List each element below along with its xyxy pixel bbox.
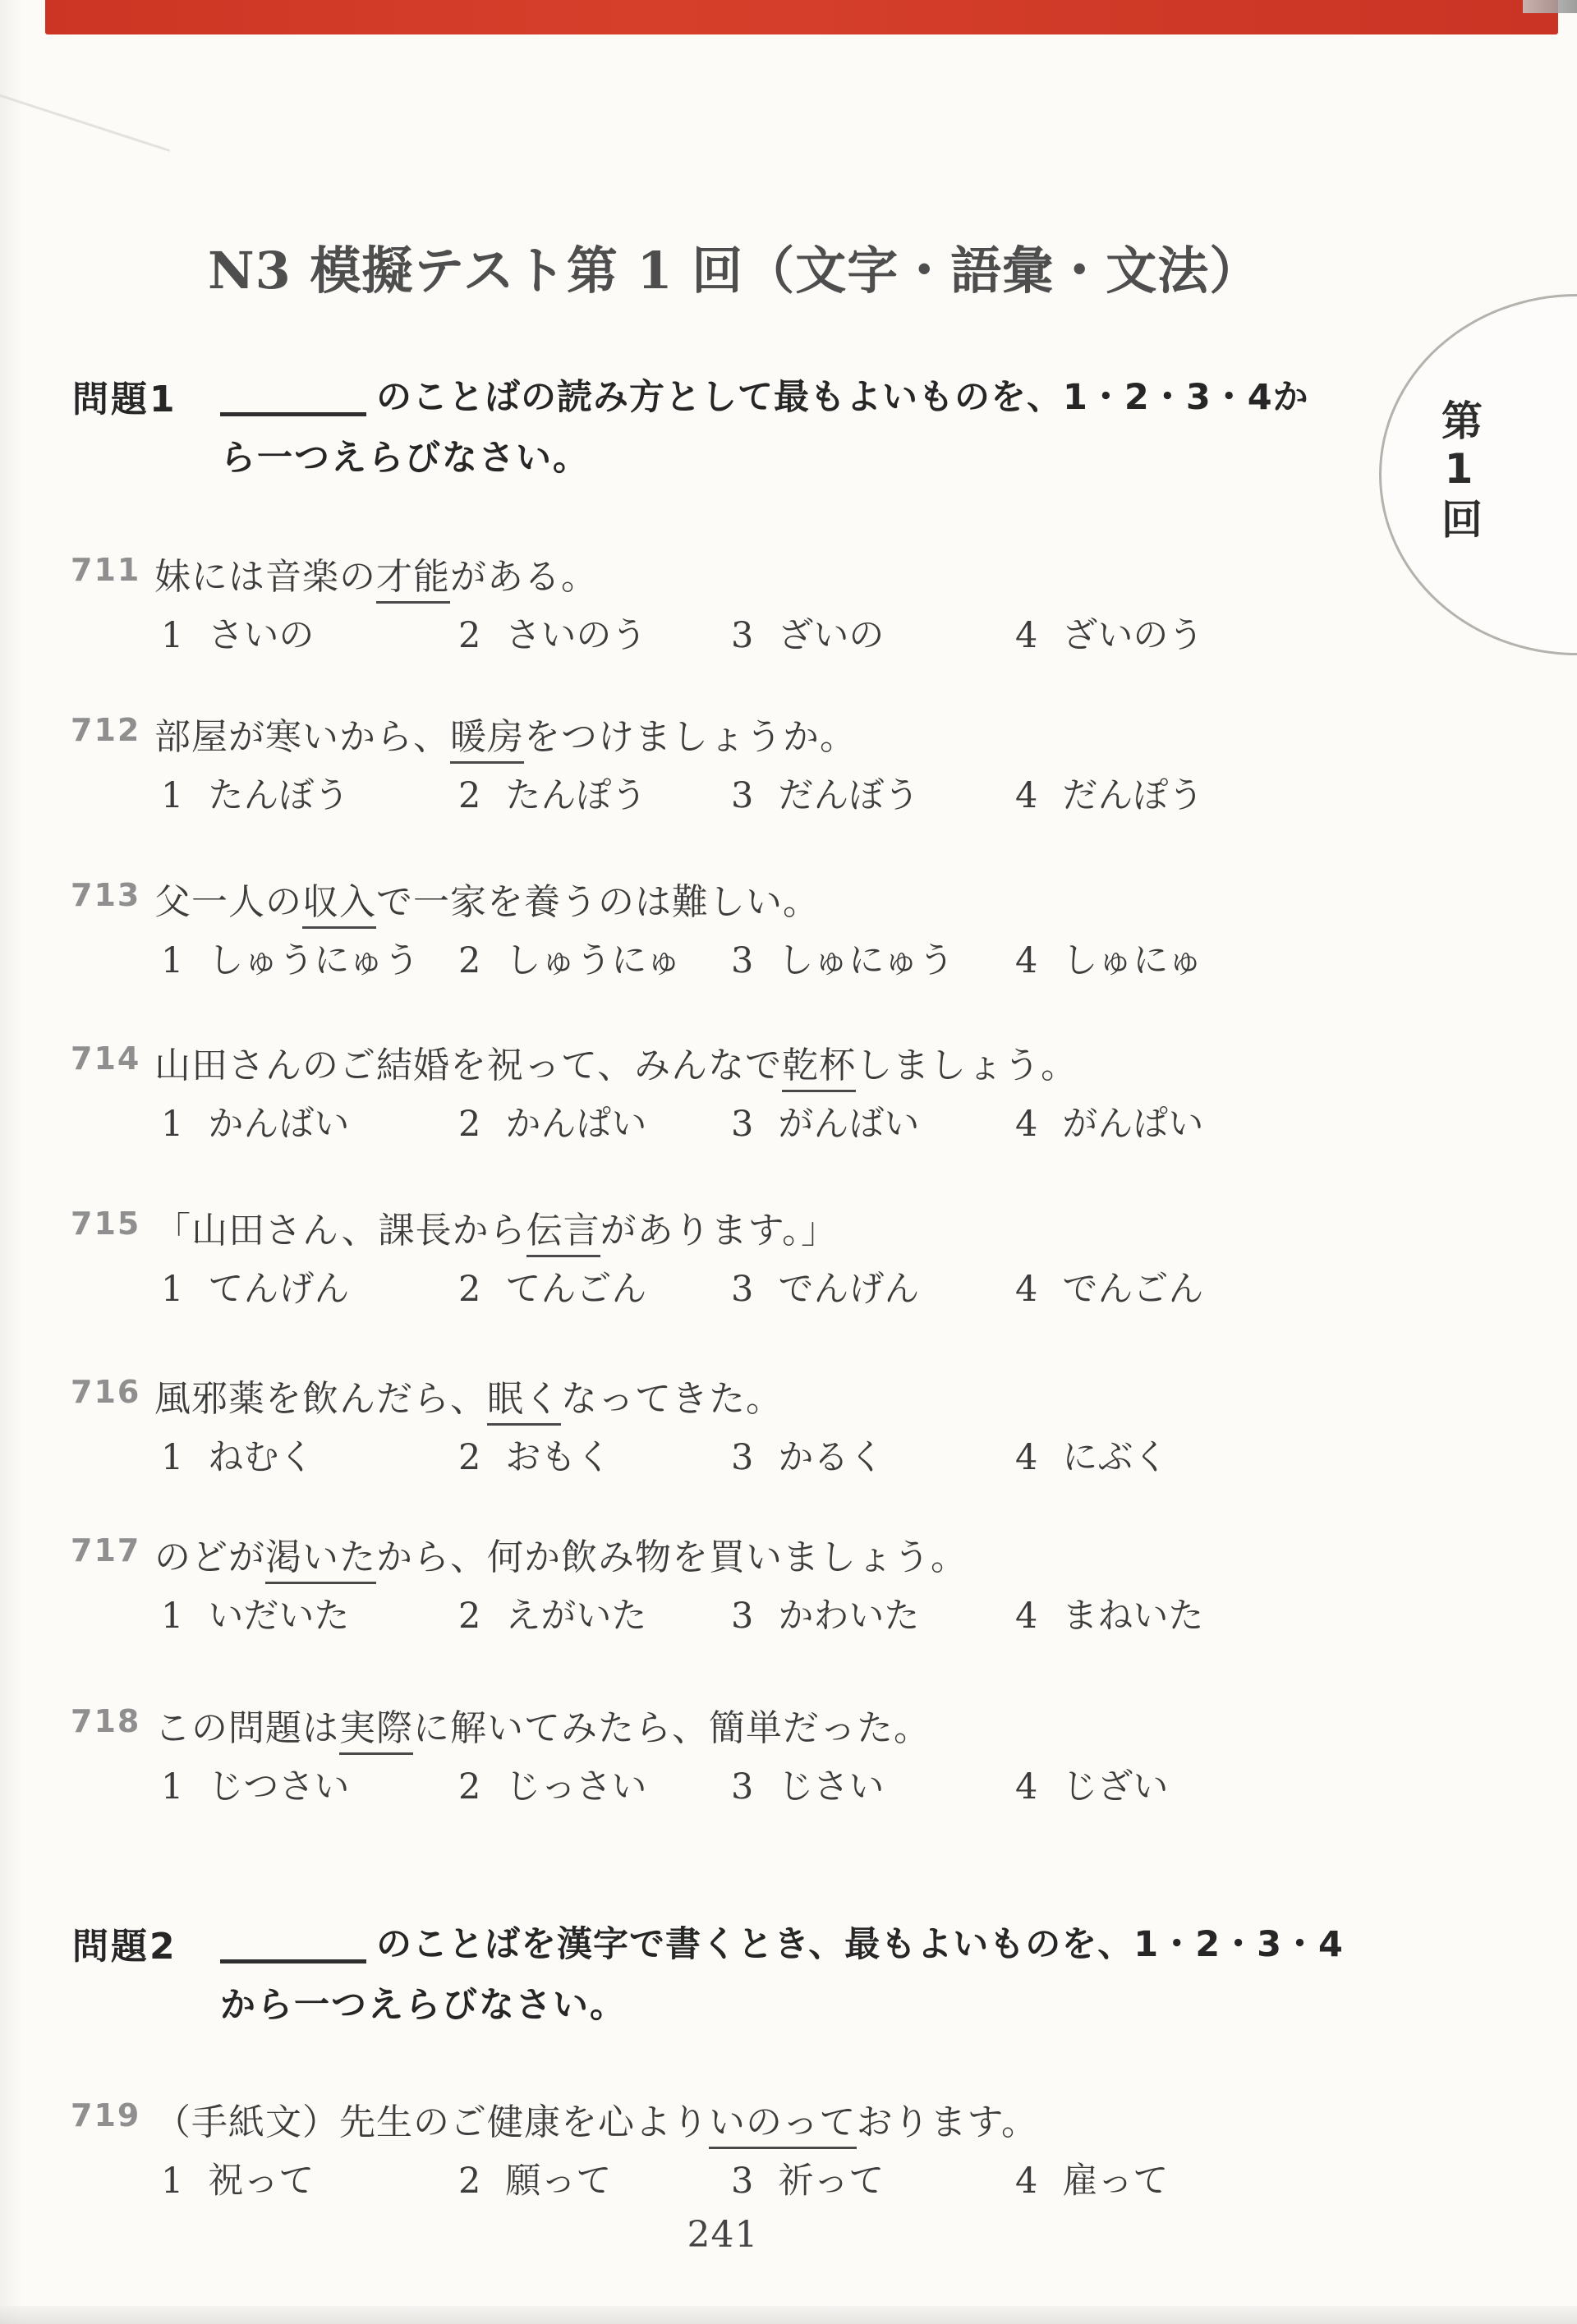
option-text: ざいのう: [1062, 615, 1203, 656]
option-text: かんぱい: [505, 1104, 646, 1145]
answer-option: 2てんごん: [458, 1261, 731, 1311]
option-text: てんげん: [208, 1269, 349, 1310]
question-sentence: のどが渇いたから、何か飲み物を買いましょう。: [154, 1527, 968, 1580]
answer-option: 3かわいた: [731, 1588, 1015, 1638]
option-number: 1: [161, 1596, 183, 1637]
option-number: 1: [161, 1766, 183, 1807]
option-text: 祈って: [778, 2161, 884, 2202]
option-text: かんばい: [208, 1104, 349, 1145]
question: 712 部屋が寒いから、暖房をつけましょうか。 1たんぼう 2たんぽう 3だんぼ…: [0, 707, 1577, 830]
answer-options: 1さいの 2さいのう 3ざいの 4ざいのう: [161, 608, 1203, 658]
question-sentence: 山田さんのご結婚を祝って、みんなで乾杯しましょう。: [154, 1036, 1078, 1088]
option-number: 2: [458, 1104, 480, 1145]
question-sentence: この問題は実際に解いてみたら、簡単だった。: [154, 1698, 931, 1751]
answer-option: 4でんごん: [1015, 1261, 1203, 1311]
question-sentence: 風邪薬を飲んだら、眠くなってきた。: [154, 1369, 783, 1421]
option-text: てんごん: [505, 1269, 646, 1310]
question-sentence: 部屋が寒いから、暖房をつけましょうか。: [154, 707, 857, 760]
option-text: がんばい: [778, 1104, 919, 1145]
section-header: 問題1 のことばの読み方として最もよいものを、1・2・3・4か ら一つえらびなさ…: [0, 370, 1577, 501]
sentence-underlined-word: いのって: [709, 2101, 857, 2149]
answer-option: 2しゅうにゅ: [458, 933, 731, 983]
option-text: にぶく: [1062, 1437, 1168, 1478]
answer-option: 3かるく: [731, 1430, 1015, 1480]
option-text: しゅうにゅ: [505, 940, 681, 981]
option-number: 3: [731, 1437, 753, 1478]
option-text: だんぽう: [1062, 775, 1203, 816]
option-number: 3: [731, 940, 753, 981]
answer-option: 1てんげん: [161, 1261, 458, 1311]
option-number: 2: [458, 1766, 480, 1807]
question-sentence: （手紙文）先生のご健康を心よりいのっております。: [154, 2092, 1038, 2145]
answer-option: 4しゅにゅ: [1015, 933, 1203, 983]
sentence-underlined-word: 実際: [339, 1707, 413, 1755]
section-instruction-line2: から一つえらびなさい。: [220, 1977, 627, 2028]
sentence-post: から、何か飲み物を買いましょう。: [376, 1536, 968, 1578]
sentence-pre: 山田さんのご結婚を祝って、みんなで: [154, 1045, 782, 1086]
question: 719 （手紙文）先生のご健康を心よりいのっております。 1祝って 2願って 3…: [0, 2092, 1577, 2216]
option-number: 1: [161, 615, 183, 656]
question-number: 714: [71, 1040, 140, 1077]
answer-option: 1さいの: [161, 608, 458, 658]
sentence-post: がある。: [450, 556, 598, 598]
answer-option: 1祝って: [161, 2153, 458, 2203]
answer-option: 3祈って: [731, 2153, 1015, 2203]
answer-option: 4雇って: [1015, 2153, 1168, 2203]
option-number: 3: [731, 2161, 753, 2202]
option-text: 願って: [505, 2161, 611, 2202]
question: 714 山田さんのご結婚を祝って、みんなで乾杯しましょう。 1かんばい 2かんぱ…: [0, 1036, 1577, 1159]
option-number: 2: [458, 1596, 480, 1637]
option-number: 1: [161, 775, 183, 816]
sentence-pre: 部屋が寒いから、: [154, 716, 450, 758]
option-text: 祝って: [208, 2161, 314, 2202]
option-number: 2: [458, 2161, 480, 2202]
answer-options: 1かんばい 2かんぱい 3がんばい 4がんぱい: [161, 1096, 1203, 1146]
answer-option: 1いだいた: [161, 1588, 458, 1638]
answer-option: 4じざい: [1015, 1759, 1168, 1809]
answer-options: 1祝って 2願って 3祈って 4雇って: [161, 2153, 1168, 2203]
answer-option: 4にぶく: [1015, 1430, 1168, 1480]
option-text: でんげん: [778, 1269, 919, 1310]
option-number: 2: [458, 940, 480, 981]
answer-option: 3がんばい: [731, 1096, 1015, 1146]
option-text: じつさい: [208, 1766, 349, 1807]
option-text: ねむく: [208, 1437, 314, 1478]
sentence-pre: この問題は: [154, 1707, 339, 1749]
sentence-pre: （手紙文）先生のご健康を心より: [154, 2101, 709, 2143]
section-instruction-line1: のことばの読み方として最もよいものを、1・2・3・4か: [376, 370, 1309, 420]
option-number: 2: [458, 775, 480, 816]
question-number: 711: [71, 552, 140, 588]
answer-option: 3ざいの: [731, 608, 1015, 658]
option-number: 3: [731, 1766, 753, 1807]
sentence-pre: のどが: [154, 1536, 265, 1578]
sentence-pre: 妹には音楽の: [154, 556, 376, 598]
question-number: 717: [71, 1532, 140, 1568]
option-text: えがいた: [505, 1596, 646, 1637]
question-number: 716: [71, 1374, 140, 1410]
option-number: 3: [731, 1596, 753, 1637]
question-sentence: 妹には音楽の才能がある。: [154, 547, 598, 599]
option-text: しゅにゅ: [1062, 940, 1202, 981]
sentence-post: に解いてみたら、簡単だった。: [413, 1707, 931, 1749]
answer-options: 1てんげん 2てんごん 3でんげん 4でんごん: [161, 1261, 1203, 1311]
option-text: だんぼう: [778, 775, 919, 816]
sentence-post: があります。」: [600, 1210, 838, 1252]
answer-option: 3だんぼう: [731, 768, 1015, 818]
question: 713 父一人の収入で一家を養うのは難しい。 1しゅうにゅう 2しゅうにゅ 3し…: [0, 872, 1577, 995]
sentence-underlined-word: 乾杯: [782, 1045, 856, 1092]
option-number: 1: [161, 940, 183, 981]
section-label: 問題1: [72, 370, 177, 422]
answer-option: 2おもく: [458, 1430, 731, 1480]
option-text: がんぱい: [1062, 1104, 1203, 1145]
question: 711 妹には音楽の才能がある。 1さいの 2さいのう 3ざいの 4ざいのう: [0, 547, 1577, 670]
sentence-pre: 「山田さん、課長から: [154, 1210, 526, 1252]
scan-bottom-band: [0, 2306, 1577, 2324]
option-number: 3: [731, 615, 753, 656]
section-label: 問題2: [72, 1917, 177, 1969]
blank-underline: [220, 373, 366, 416]
option-text: じざい: [1062, 1766, 1168, 1807]
answer-option: 2さいのう: [458, 608, 731, 658]
blank-underline: [220, 1920, 366, 1963]
answer-option: 1かんばい: [161, 1096, 458, 1146]
answer-options: 1たんぼう 2たんぽう 3だんぼう 4だんぽう: [161, 768, 1203, 818]
answer-options: 1じつさい 2じっさい 3じさい 4じざい: [161, 1759, 1168, 1809]
sentence-post: しましょう。: [856, 1045, 1078, 1086]
question-sentence: 「山田さん、課長から伝言があります。」: [154, 1201, 838, 1253]
option-number: 1: [161, 1104, 183, 1145]
scan-corner-smudge: [1523, 0, 1577, 13]
option-number: 4: [1015, 1104, 1037, 1145]
option-number: 4: [1015, 940, 1037, 981]
sentence-underlined-word: 才能: [376, 556, 450, 604]
option-text: かわいた: [778, 1596, 919, 1637]
answer-option: 3でんげん: [731, 1261, 1015, 1311]
scan-edge-red-bar: [45, 0, 1558, 34]
option-number: 4: [1015, 615, 1037, 656]
option-number: 3: [731, 1104, 753, 1145]
section-instruction-line2: ら一つえらびなさい。: [220, 430, 590, 480]
option-text: じさい: [778, 1766, 884, 1807]
section-instruction-line1: のことばを漢字で書くとき、最もよいものを、1・2・3・4: [376, 1917, 1344, 1967]
option-text: たんぽう: [505, 775, 646, 816]
sentence-underlined-word: 暖房: [450, 716, 524, 764]
answer-option: 2たんぽう: [458, 768, 731, 818]
section-header: 問題2 のことばを漢字で書くとき、最もよいものを、1・2・3・4 から一つえらび…: [0, 1917, 1577, 2048]
option-number: 4: [1015, 1269, 1037, 1310]
option-text: 雇って: [1062, 2161, 1168, 2202]
option-text: おもく: [505, 1437, 611, 1478]
page-title: N3 模擬テスト第 1 回（文字・語彙・文法）: [208, 230, 1261, 303]
option-number: 2: [458, 1269, 480, 1310]
sentence-underlined-word: 渇いた: [265, 1536, 376, 1584]
option-text: かるく: [778, 1437, 884, 1478]
question-sentence: 父一人の収入で一家を養うのは難しい。: [154, 872, 820, 925]
question: 717 のどが渇いたから、何か飲み物を買いましょう。 1いだいた 2えがいた 3…: [0, 1527, 1577, 1651]
option-text: でんごん: [1062, 1269, 1203, 1310]
question-number: 712: [71, 712, 140, 748]
answer-option: 2じっさい: [458, 1759, 731, 1809]
option-number: 1: [161, 1437, 183, 1478]
option-text: じっさい: [505, 1766, 646, 1807]
question-number: 718: [71, 1703, 140, 1739]
sentence-underlined-word: 伝言: [526, 1210, 600, 1257]
option-text: まねいた: [1062, 1596, 1203, 1637]
question-number: 719: [71, 2097, 140, 2133]
option-number: 2: [458, 615, 480, 656]
question-number: 715: [71, 1206, 140, 1242]
answer-option: 3じさい: [731, 1759, 1015, 1809]
question: 716 風邪薬を飲んだら、眠くなってきた。 1ねむく 2おもく 3かるく 4にぶ…: [0, 1369, 1577, 1492]
option-number: 3: [731, 775, 753, 816]
scan-scratch-mark: [0, 94, 170, 152]
option-number: 4: [1015, 1596, 1037, 1637]
option-text: しゅにゅう: [778, 940, 954, 981]
option-number: 1: [161, 2161, 183, 2202]
answer-options: 1ねむく 2おもく 3かるく 4にぶく: [161, 1430, 1168, 1480]
answer-option: 4だんぽう: [1015, 768, 1203, 818]
option-number: 2: [458, 1437, 480, 1478]
sentence-post: で一家を養うのは難しい。: [376, 881, 820, 923]
sentence-post: なってきた。: [561, 1378, 783, 1420]
answer-option: 3しゅにゅう: [731, 933, 1015, 983]
answer-option: 1しゅうにゅう: [161, 933, 458, 983]
option-number: 4: [1015, 2161, 1037, 2202]
sentence-pre: 父一人の: [154, 881, 302, 923]
sentence-underlined-word: 眠く: [487, 1378, 561, 1426]
page-number: 241: [0, 2214, 1446, 2256]
answer-option: 4まねいた: [1015, 1588, 1203, 1638]
answer-options: 1いだいた 2えがいた 3かわいた 4まねいた: [161, 1588, 1203, 1638]
option-text: たんぼう: [208, 775, 349, 816]
question: 718 この問題は実際に解いてみたら、簡単だった。 1じつさい 2じっさい 3じ…: [0, 1698, 1577, 1821]
answer-options: 1しゅうにゅう 2しゅうにゅ 3しゅにゅう 4しゅにゅ: [161, 933, 1203, 983]
scanned-test-page: N3 模擬テスト第 1 回（文字・語彙・文法） 第1回 問題1 のことばの読み方…: [0, 0, 1577, 2324]
option-text: しゅうにゅう: [208, 940, 419, 981]
answer-option: 4ざいのう: [1015, 608, 1203, 658]
answer-option: 1たんぼう: [161, 768, 458, 818]
option-number: 4: [1015, 1766, 1037, 1807]
sentence-post: をつけましょうか。: [524, 716, 857, 758]
question: 715 「山田さん、課長から伝言があります。」 1てんげん 2てんごん 3でんげ…: [0, 1201, 1577, 1324]
option-number: 4: [1015, 775, 1037, 816]
question-number: 713: [71, 877, 140, 913]
sentence-post: おります。: [857, 2101, 1038, 2143]
sentence-pre: 風邪薬を飲んだら、: [154, 1378, 487, 1420]
sentence-underlined-word: 収入: [302, 881, 376, 929]
answer-option: 2願って: [458, 2153, 731, 2203]
option-text: さいの: [208, 615, 314, 656]
option-text: いだいた: [208, 1596, 349, 1637]
answer-option: 2かんぱい: [458, 1096, 731, 1146]
answer-option: 2えがいた: [458, 1588, 731, 1638]
answer-option: 4がんぱい: [1015, 1096, 1203, 1146]
option-text: さいのう: [505, 615, 646, 656]
option-number: 3: [731, 1269, 753, 1310]
option-number: 1: [161, 1269, 183, 1310]
option-number: 4: [1015, 1437, 1037, 1478]
answer-option: 1ねむく: [161, 1430, 458, 1480]
option-text: ざいの: [778, 615, 884, 656]
answer-option: 1じつさい: [161, 1759, 458, 1809]
